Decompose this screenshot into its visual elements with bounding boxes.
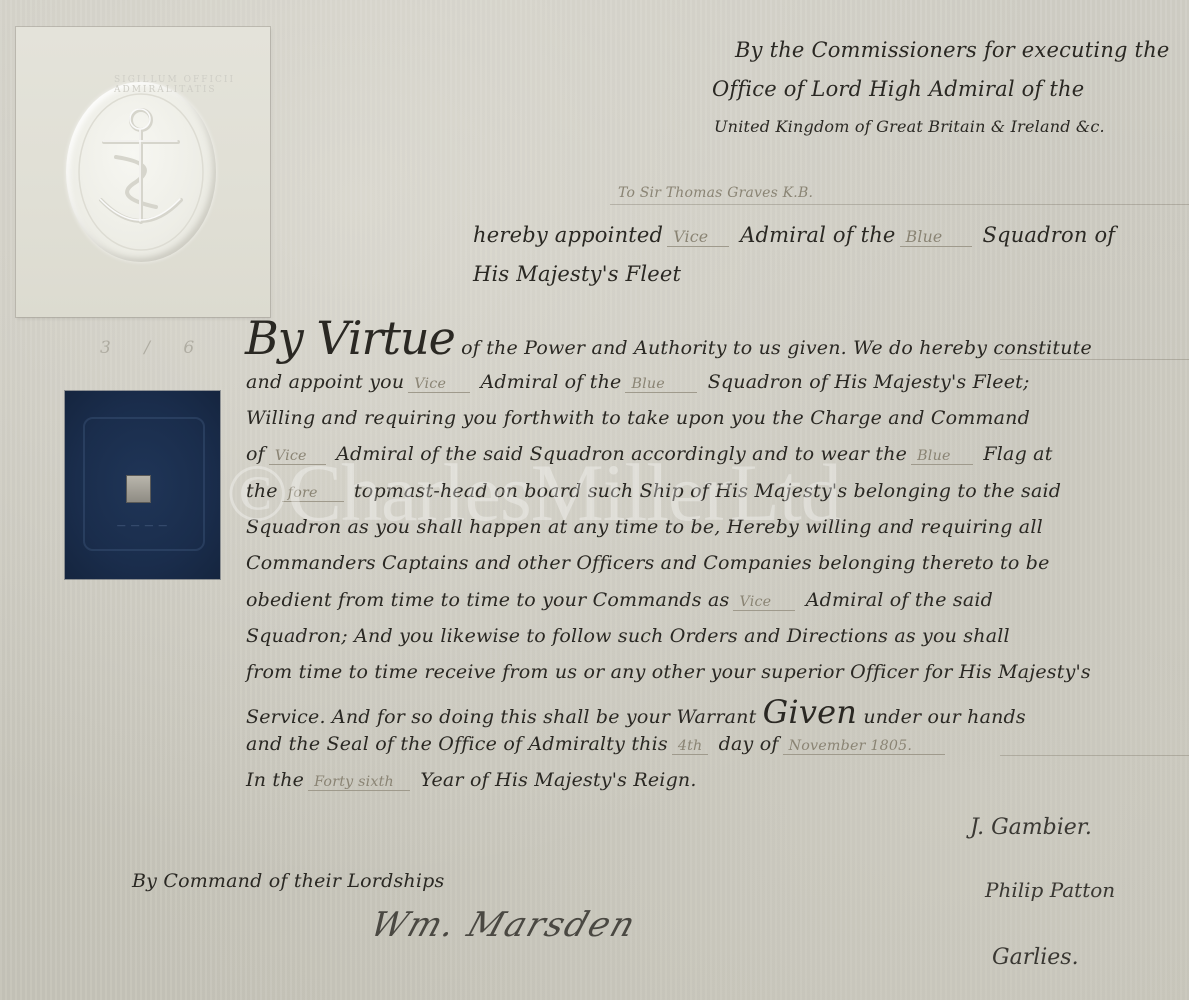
body-line-13: In theForty sixth Year of His Majesty's …	[246, 769, 697, 791]
text-hereby-appointed: hereby appointed	[473, 223, 663, 247]
pencil-note: 3 / 6	[100, 338, 208, 358]
body-line-11: Service. And for so doing this shall be …	[246, 693, 1026, 731]
anchor-icon	[66, 82, 216, 262]
body-text: Admiral of the said	[806, 589, 993, 611]
commission-document: SIGILLUM OFFICII ADMIRALITATIS 3 / 6 — —…	[0, 0, 1189, 1000]
body-line-10: from time to time receive from us or any…	[246, 661, 1091, 683]
text-admiral-of-the: Admiral of the	[740, 223, 895, 247]
recipient-line: To Sir Thomas Graves K.B.	[618, 185, 813, 201]
body-line-9: Squadron; And you likewise to follow suc…	[246, 625, 1010, 647]
countersign-label: By Command of their Lordships	[132, 870, 444, 892]
recipient-name: Sir Thomas Graves K.B.	[640, 185, 813, 201]
preamble-line-1: hereby appointedVice Admiral of theBlue …	[473, 223, 1115, 247]
fill-date: November 1805.	[783, 738, 945, 755]
fill-colour: Blue	[625, 376, 697, 393]
header-line-1: By the Commissioners for executing the	[735, 38, 1170, 62]
body-line-7: Commanders Captains and other Officers a…	[246, 552, 1050, 574]
stamp-metal-tab	[126, 475, 151, 503]
body-line-3: Willing and requiring you forthwith to t…	[246, 407, 1030, 429]
stamp-lettering: — — — —	[65, 521, 220, 531]
ruled-line	[1000, 755, 1189, 756]
body-line-12: and the Seal of the Office of Admiralty …	[246, 733, 949, 755]
header-line-2: Office of Lord High Admiral of the	[712, 77, 1084, 101]
fill-rank: Vice	[733, 594, 795, 611]
blue-duty-stamp: — — — —	[65, 391, 220, 579]
fill-day: 4th	[672, 738, 709, 755]
body-line-2: and appoint youVice Admiral of theBlue S…	[246, 371, 1030, 393]
given-word: Given	[763, 693, 857, 731]
body-text: In the	[246, 769, 304, 791]
admiralty-seal	[66, 82, 216, 262]
body-text: obedient from time to time to your Comma…	[246, 589, 729, 611]
body-text: Admiral of the	[481, 371, 622, 393]
fill-colour: Blue	[911, 448, 973, 465]
body-text: day of	[719, 733, 779, 755]
body-text: of the Power and Authority to us given. …	[461, 337, 1092, 359]
body-text: Service. And for so doing this shall be …	[246, 706, 756, 728]
embossed-seal-wafer: SIGILLUM OFFICII ADMIRALITATIS	[16, 27, 270, 317]
recipient-underline	[610, 204, 1189, 205]
signature-garlies: Garlies.	[992, 945, 1079, 970]
ruled-line	[1000, 359, 1189, 360]
fill-rank: Vice	[408, 376, 470, 393]
body-text: Year of His Majesty's Reign.	[420, 769, 696, 791]
body-text: Squadron of His Majesty's Fleet;	[708, 371, 1030, 393]
fill-regnal-year: Forty sixth	[308, 774, 410, 791]
body-text: and the Seal of the Office of Admiralty …	[246, 733, 668, 755]
signature-patton: Philip Patton	[985, 878, 1115, 902]
opening-initial: By Virtue	[245, 311, 455, 365]
secretary-signature: Wm. Marsden	[366, 905, 642, 945]
body-text: Flag at	[983, 443, 1052, 465]
header-line-3: United Kingdom of Great Britain & Irelan…	[714, 117, 1105, 136]
text-squadron-of: Squadron of	[982, 223, 1115, 247]
body-text: under our hands	[863, 706, 1026, 728]
body-line-1: By Virtue of the Power and Authority to …	[245, 318, 1092, 359]
signature-gambier: J. Gambier.	[970, 815, 1092, 840]
fill-squadron-colour: Blue	[900, 227, 972, 247]
preamble-line-2: His Majesty's Fleet	[473, 262, 681, 286]
body-text: and appoint you	[246, 371, 404, 393]
recipient-prefix: To	[618, 185, 635, 201]
body-line-8: obedient from time to time to your Comma…	[246, 589, 993, 611]
seal-legend: SIGILLUM OFFICII ADMIRALITATIS	[114, 75, 270, 95]
fill-rank: Vice	[667, 227, 729, 247]
watermark: ©CharlesMillerLtd	[226, 452, 841, 534]
